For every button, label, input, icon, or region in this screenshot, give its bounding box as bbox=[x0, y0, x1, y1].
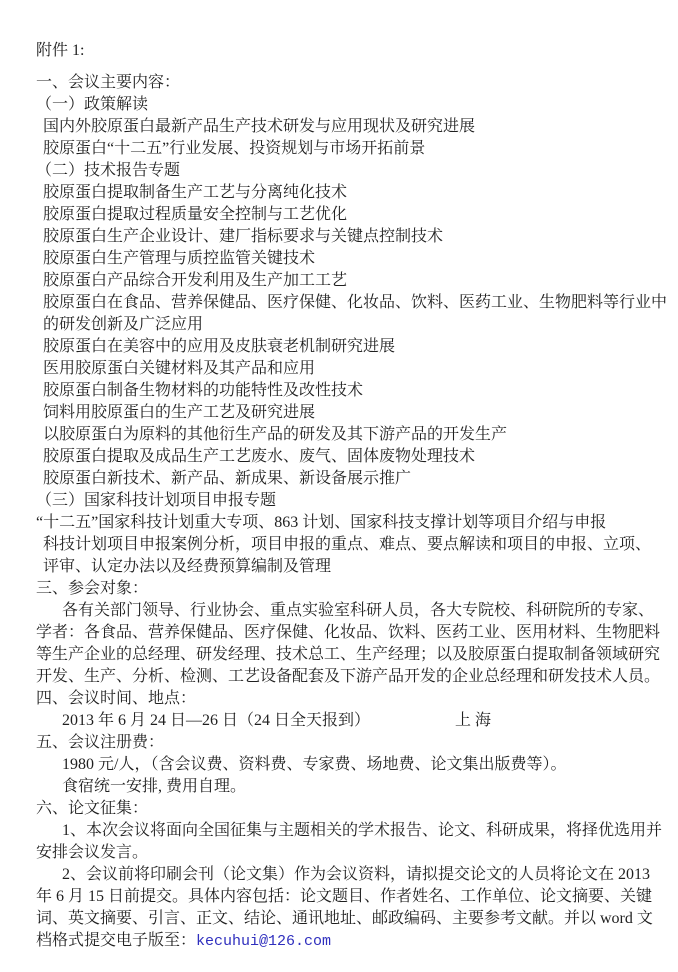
text-line: 开发、生产、分析、检测、工艺设备配套及下游产品开发的企业总经理和研发技术人员。 bbox=[0, 666, 678, 688]
line-text: 胶原蛋白在食品、营养保健品、医疗保健、化妆品、饮料、医药工业、生物肥料等行业中 bbox=[43, 294, 667, 311]
line-text: 的研发创新及广泛应用 bbox=[43, 316, 203, 333]
section-heading: 六、论文征集： bbox=[0, 798, 678, 820]
attachment-title: 附件 1: bbox=[0, 40, 678, 62]
city-label: 上 海 bbox=[455, 712, 491, 729]
attachment-document: 附件 1:一、会议主要内容：（一）政策解读国内外胶原蛋白最新产品生产技术研发与应… bbox=[0, 0, 678, 972]
agenda-line: 胶原蛋白“十二五”行业发展、投资规划与市场开拓前景 bbox=[0, 138, 678, 160]
line-text: 胶原蛋白提取过程质量安全控制与工艺优化 bbox=[43, 206, 347, 223]
line-text: 年 6 月 15 日前提交。具体内容包括：论文题目、作者姓名、工作单位、论文摘要… bbox=[36, 888, 652, 905]
line-text: 胶原蛋白制备生物材料的功能特性及改性技术 bbox=[43, 382, 363, 399]
line-text: 胶原蛋白生产管理与质控监管关键技术 bbox=[43, 250, 315, 267]
text-line: 学者：各食品、营养保健品、医疗保健、化妆品、饮料、医药工业、医用材料、生物肥料 bbox=[0, 622, 678, 644]
line-text: 一、会议主要内容： bbox=[36, 74, 180, 91]
agenda-line: 胶原蛋白在美容中的应用及皮肤衰老机制研究进展 bbox=[0, 336, 678, 358]
line-text: 附件 1: bbox=[36, 42, 84, 59]
agenda-line: 胶原蛋白生产企业设计、建厂指标要求与关键点控制技术 bbox=[0, 226, 678, 248]
paragraph-line: 2013 年 6 月 24 日—26 日（24 日全天报到）上 海 bbox=[0, 710, 678, 732]
line-text: 胶原蛋白新技术、新产品、新成果、新设备展示推广 bbox=[43, 470, 411, 487]
section-heading: 四、会议时间、地点： bbox=[0, 688, 678, 710]
section-heading: 三、参会对象： bbox=[0, 578, 678, 600]
line-text: 医用胶原蛋白关键材料及其产品和应用 bbox=[43, 360, 315, 377]
line-text: 学者：各食品、营养保健品、医疗保健、化妆品、饮料、医药工业、医用材料、生物肥料 bbox=[36, 624, 660, 641]
document-body: 附件 1:一、会议主要内容：（一）政策解读国内外胶原蛋白最新产品生产技术研发与应… bbox=[0, 40, 678, 952]
agenda-line: 饲料用胶原蛋白的生产工艺及研究进展 bbox=[0, 402, 678, 424]
line-text: 胶原蛋白“十二五”行业发展、投资规划与市场开拓前景 bbox=[43, 140, 425, 157]
agenda-line: 胶原蛋白新技术、新产品、新成果、新设备展示推广 bbox=[0, 468, 678, 490]
paragraph-line: 1、本次会议将面向全国征集与主题相关的学术报告、论文、科研成果，将择优选用并 bbox=[0, 820, 678, 842]
section-heading: （二）技术报告专题 bbox=[0, 160, 678, 182]
line-text: 等生产企业的总经理、研发经理、技术总工、生产经理；以及胶原蛋白提取制备领域研究 bbox=[36, 646, 660, 663]
line-text: （三）国家科技计划项目申报专题 bbox=[36, 492, 276, 509]
paragraph-line: 各有关部门领导、行业协会、重点实验室科研人员，各大专院校、科研院所的专家、 bbox=[0, 600, 678, 622]
line-text: 饲料用胶原蛋白的生产工艺及研究进展 bbox=[43, 404, 315, 421]
line-text: 胶原蛋白产品综合开发利用及生产加工工艺 bbox=[43, 272, 347, 289]
agenda-line: 胶原蛋白产品综合开发利用及生产加工工艺 bbox=[0, 270, 678, 292]
agenda-line: 评审、认定办法以及经费预算编制及管理 bbox=[0, 556, 678, 578]
line-text: （二）技术报告专题 bbox=[36, 162, 180, 179]
line-text: 胶原蛋白在美容中的应用及皮肤衰老机制研究进展 bbox=[43, 338, 395, 355]
agenda-line: 胶原蛋白提取制备生产工艺与分离纯化技术 bbox=[0, 182, 678, 204]
line-text: 评审、认定办法以及经费预算编制及管理 bbox=[43, 558, 331, 575]
line-text: 各有关部门领导、行业协会、重点实验室科研人员，各大专院校、科研院所的专家、 bbox=[62, 602, 654, 619]
text-line: 年 6 月 15 日前提交。具体内容包括：论文题目、作者姓名、工作单位、论文摘要… bbox=[0, 886, 678, 908]
line-text: 科技计划项目申报案例分析，项目申报的重点、难点、要点解读和项目的申报、立项、 bbox=[43, 536, 651, 553]
line-text: 安排会议发言。 bbox=[36, 844, 148, 861]
line-text: 档格式提交电子版至： bbox=[36, 932, 196, 949]
line-text: 词、英文摘要、引言、正文、结论、通讯地址、邮政编码、主要参考文献。并以 word… bbox=[36, 910, 653, 927]
line-text: 开发、生产、分析、检测、工艺设备配套及下游产品开发的企业总经理和研发技术人员。 bbox=[36, 668, 660, 685]
text-line: 安排会议发言。 bbox=[0, 842, 678, 864]
line-text: 胶原蛋白生产企业设计、建厂指标要求与关键点控制技术 bbox=[43, 228, 443, 245]
line-text: 胶原蛋白提取制备生产工艺与分离纯化技术 bbox=[43, 184, 347, 201]
section-heading: （一）政策解读 bbox=[0, 94, 678, 116]
text-line: 等生产企业的总经理、研发经理、技术总工、生产经理；以及胶原蛋白提取制备领域研究 bbox=[0, 644, 678, 666]
line-text: 三、参会对象： bbox=[36, 580, 148, 597]
section-heading: 一、会议主要内容： bbox=[0, 72, 678, 94]
line-text: 国内外胶原蛋白最新产品生产技术研发与应用现状及研究进展 bbox=[43, 118, 475, 135]
line-text: （一）政策解读 bbox=[36, 96, 148, 113]
line-text: 1980 元/人，（含会议费、资料费、专家费、场地费、论文集出版费等）。 bbox=[62, 756, 566, 773]
section-heading: 五、会议注册费： bbox=[0, 732, 678, 754]
line-text: 胶原蛋白提取及成品生产工艺废水、废气、固体废物处理技术 bbox=[43, 448, 475, 465]
text-line: 档格式提交电子版至：kecuhui@126.com bbox=[0, 930, 678, 952]
text-line: “十二五”国家科技计划重大专项、863 计划、国家科技支撑计划等项目介绍与申报 bbox=[0, 512, 678, 534]
agenda-line: 胶原蛋白生产管理与质控监管关键技术 bbox=[0, 248, 678, 270]
line-text: “十二五”国家科技计划重大专项、863 计划、国家科技支撑计划等项目介绍与申报 bbox=[36, 514, 606, 531]
line-text: 四、会议时间、地点： bbox=[36, 690, 196, 707]
section-heading: （三）国家科技计划项目申报专题 bbox=[0, 490, 678, 512]
line-text: 食宿统一安排, 费用自理。 bbox=[62, 778, 246, 795]
line-text: 以胶原蛋白为原料的其他衍生产品的研发及其下游产品的开发生产 bbox=[43, 426, 507, 443]
line-text: 2、会议前将印刷会刊（论文集）作为会议资料，请拟提交论文的人员将论文在 2013 bbox=[62, 866, 650, 883]
agenda-line: 胶原蛋白制备生物材料的功能特性及改性技术 bbox=[0, 380, 678, 402]
text-line: 词、英文摘要、引言、正文、结论、通讯地址、邮政编码、主要参考文献。并以 word… bbox=[0, 908, 678, 930]
paragraph-line: 1980 元/人，（含会议费、资料费、专家费、场地费、论文集出版费等）。 bbox=[0, 754, 678, 776]
agenda-line: 胶原蛋白提取及成品生产工艺废水、废气、固体废物处理技术 bbox=[0, 446, 678, 468]
agenda-line: 科技计划项目申报案例分析，项目申报的重点、难点、要点解读和项目的申报、立项、 bbox=[0, 534, 678, 556]
line-text: 1、本次会议将面向全国征集与主题相关的学术报告、论文、科研成果，将择优选用并 bbox=[62, 822, 662, 839]
agenda-line: 以胶原蛋白为原料的其他衍生产品的研发及其下游产品的开发生产 bbox=[0, 424, 678, 446]
agenda-line: 胶原蛋白提取过程质量安全控制与工艺优化 bbox=[0, 204, 678, 226]
line-text: 五、会议注册费： bbox=[36, 734, 164, 751]
line-text: 2013 年 6 月 24 日—26 日（24 日全天报到） bbox=[62, 712, 370, 729]
agenda-line: 国内外胶原蛋白最新产品生产技术研发与应用现状及研究进展 bbox=[0, 116, 678, 138]
line-text: 六、论文征集： bbox=[36, 800, 148, 817]
paragraph-line: 食宿统一安排, 费用自理。 bbox=[0, 776, 678, 798]
agenda-line: 医用胶原蛋白关键材料及其产品和应用 bbox=[0, 358, 678, 380]
agenda-line: 的研发创新及广泛应用 bbox=[0, 314, 678, 336]
agenda-line: 胶原蛋白在食品、营养保健品、医疗保健、化妆品、饮料、医药工业、生物肥料等行业中 bbox=[0, 292, 678, 314]
email-link[interactable]: kecuhui@126.com bbox=[196, 933, 331, 950]
paragraph-line: 2、会议前将印刷会刊（论文集）作为会议资料，请拟提交论文的人员将论文在 2013 bbox=[0, 864, 678, 886]
